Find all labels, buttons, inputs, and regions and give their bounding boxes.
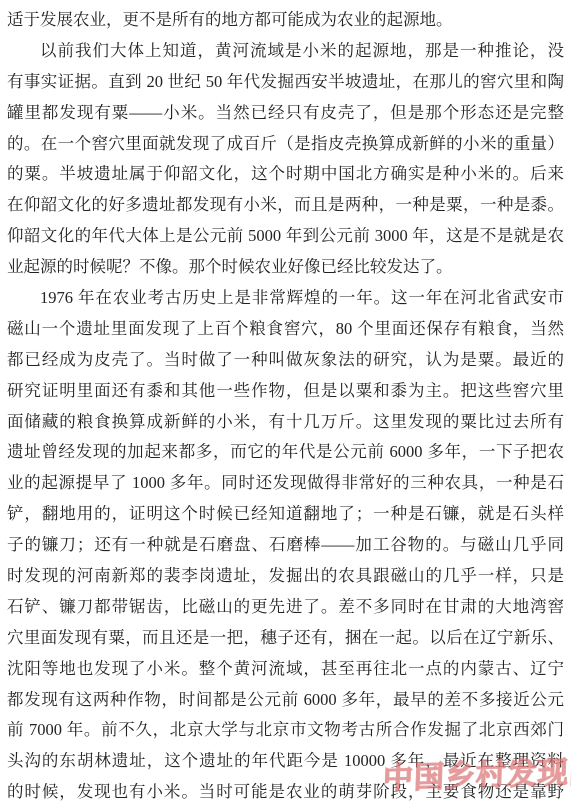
text-line: 的粟。半坡遗址属于仰韶文化，这个时期中国北方确实是种小米的。后来 <box>7 159 564 190</box>
text-line: 罐里都发现有粟——小米。当然已经只有皮壳了，但是那个形态还是完整 <box>7 98 564 129</box>
text-line: 仰韶文化的年代大体上是公元前 5000 年到公元前 3000 年，这是不是就是农 <box>7 221 564 252</box>
text-line: 业起源的时候呢？不像。那个时候农业好像已经比较发达了。 <box>7 252 564 283</box>
text-line: 时发现的河南新郑的裴李岗遗址，发掘出的农具跟磁山的几乎一样，只是 <box>7 561 564 592</box>
text-line: 面储藏的粮食换算成新鲜的小米，有十几万斤。这里发现的粟比过去所有 <box>7 407 564 438</box>
text-line: 遗址曾经发现的加起来都多，而它的年代是公元前 6000 多年，一下子把农 <box>7 437 564 468</box>
text-line: 适于发展农业，更不是所有的地方都可能成为农业的起源地。 <box>7 5 564 36</box>
text-line: 都已经成为皮壳了。当时做了一种叫做灰象法的研究，认为是粟。最近的 <box>7 345 564 376</box>
text-line: 业的起源提早了 1000 多年。同时还发现做得非常好的三种农具，一种是石 <box>7 468 564 499</box>
scanned-book-page: 适于发展农业，更不是所有的地方都可能成为农业的起源地。 以前我们大体上知道，黄河… <box>0 0 571 812</box>
text-line: 前 7000 年。前不久，北京大学与北京市文物考古所合作发掘了北京西郊门 <box>7 715 564 746</box>
text-line: 1976 年在农业考古历史上是非常辉煌的一年。这一年在河北省武安市 <box>7 283 564 314</box>
text-line: 的时候，发现也有小米。当时可能是农业的萌芽阶段，主要食物还是靠野 <box>7 777 564 808</box>
text-line: 在仰韶文化的好多遗址都发现有小米，而且是两种，一种是粟，一种是黍。 <box>7 190 564 221</box>
text-line: 石铲、镰刀都带锯齿，比磁山的更先进了。差不多同时在甘肃的大地湾窖 <box>7 592 564 623</box>
text-line: 以前我们大体上知道，黄河流域是小米的起源地，那是一种推论，没 <box>7 36 564 67</box>
text-line: 铲，翻地用的，证明这个时候已经知道翻地了；一种是石镰，就是石头样 <box>7 499 564 530</box>
text-line: 沈阳等地也发现了小米。整个黄河流域，甚至再往北一点的内蒙古、辽宁 <box>7 654 564 685</box>
text-line: 子的镰刀；还有一种就是石磨盘、石磨棒——加工谷物的。与磁山几乎同 <box>7 530 564 561</box>
text-line: 的。在一个窖穴里面就发现了成百斤（是指皮壳换算成新鲜的小米的重量） <box>7 129 564 160</box>
text-line: 研究证明里面还有黍和其他一些作物，但是以粟和黍为主。把这些窖穴里 <box>7 376 564 407</box>
text-line: 磁山一个遗址里面发现了上百个粮食窖穴，80 个里面还保存有粮食，当然 <box>7 314 564 345</box>
text-line: 都发现有这两种作物，时间都是公元前 6000 多年，最早的差不多接近公元 <box>7 685 564 716</box>
text-line: 有事实证据。直到 20 世纪 50 年代发掘西安半坡遗址，在那儿的窖穴里和陶 <box>7 67 564 98</box>
text-line: 头沟的东胡林遗址，这个遗址的年代距今是 10000 多年，最近在整理资料 <box>7 746 564 777</box>
text-line: 穴里面发现有粟，而且还是一把，穗子还有，捆在一起。以后在辽宁新乐、 <box>7 623 564 654</box>
